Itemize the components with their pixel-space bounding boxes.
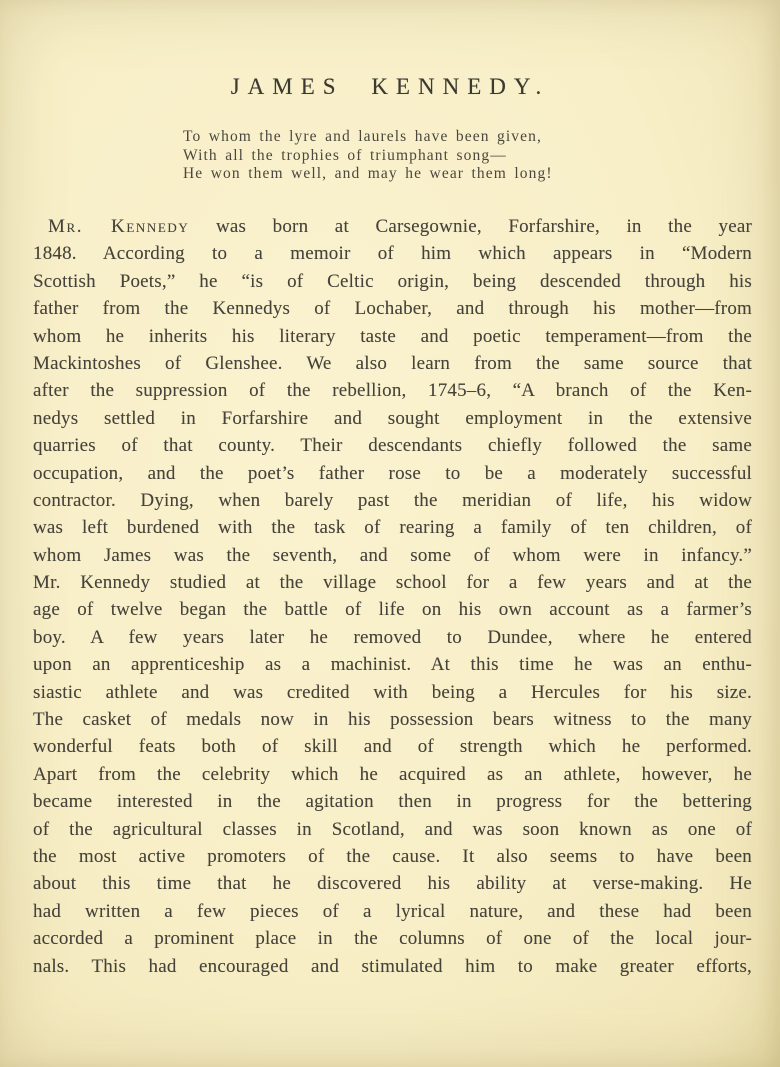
epigraph-verse: To whom the lyre and laurels have been g… bbox=[183, 128, 553, 184]
body-line: siastic athlete and was credited with be… bbox=[33, 679, 752, 706]
body-line: Mackintoshes of Glenshee. We also learn … bbox=[33, 350, 752, 377]
body-line: father from the Kennedys of Lochaber, an… bbox=[33, 295, 752, 322]
page-title: JAMES KENNEDY. bbox=[0, 74, 780, 100]
body-line: contractor. Dying, when barely past the … bbox=[33, 487, 752, 514]
body-line: whom James was the seventh, and some of … bbox=[33, 542, 752, 569]
body-line: of the agricultural classes in Scotland,… bbox=[33, 816, 752, 843]
body-line: nals. This had encouraged and stimulated… bbox=[33, 953, 752, 980]
book-page-scan: JAMES KENNEDY. To whom the lyre and laur… bbox=[0, 0, 780, 1067]
body-line: age of twelve began the battle of life o… bbox=[33, 596, 752, 623]
body-line: The casket of medals now in his possessi… bbox=[33, 706, 752, 733]
paragraph-lead-smallcaps: Mr. Kennedy bbox=[48, 216, 189, 237]
body-line: upon an apprenticeship as a machinist. A… bbox=[33, 651, 752, 678]
body-line: had written a few pieces of a lyrical na… bbox=[33, 898, 752, 925]
body-line: the most active promoters of the cause. … bbox=[33, 843, 752, 870]
body-line: 1848. According to a memoir of him which… bbox=[33, 240, 752, 267]
body-line-text: was born at Carsegownie, Forfarshire, in… bbox=[189, 216, 752, 237]
body-line: about this time that he discovered his a… bbox=[33, 870, 752, 897]
body-line: after the suppression of the rebellion, … bbox=[33, 377, 752, 404]
epigraph-line: With all the trophies of triumphant song… bbox=[183, 147, 553, 166]
body-line: nedys settled in Forfarshire and sought … bbox=[33, 405, 752, 432]
body-line: boy. A few years later he removed to Dun… bbox=[33, 624, 752, 651]
body-line: Mr. Kennedy studied at the village schoo… bbox=[33, 569, 752, 596]
body-line: occupation, and the poet’s father rose t… bbox=[33, 460, 752, 487]
epigraph-line: To whom the lyre and laurels have been g… bbox=[183, 128, 553, 147]
body-paragraph: Mr. Kennedy was born at Carsegownie, For… bbox=[33, 213, 752, 980]
body-lines-container: 1848. According to a memoir of him which… bbox=[33, 240, 752, 980]
body-line: was left burdened with the task of reari… bbox=[33, 514, 752, 541]
body-line: wonderful feats both of skill and of str… bbox=[33, 733, 752, 760]
body-line: quarries of that county. Their descendan… bbox=[33, 432, 752, 459]
body-line: Apart from the celebrity which he acquir… bbox=[33, 761, 752, 788]
epigraph-line: He won them well, and may he wear them l… bbox=[183, 165, 553, 184]
body-line: Mr. Kennedy was born at Carsegownie, For… bbox=[33, 213, 752, 240]
body-line: whom he inherits his literary taste and … bbox=[33, 323, 752, 350]
body-line: Scottish Poets,” he “is of Celtic origin… bbox=[33, 268, 752, 295]
body-line: accorded a prominent place in the column… bbox=[33, 925, 752, 952]
body-line: became interested in the agitation then … bbox=[33, 788, 752, 815]
